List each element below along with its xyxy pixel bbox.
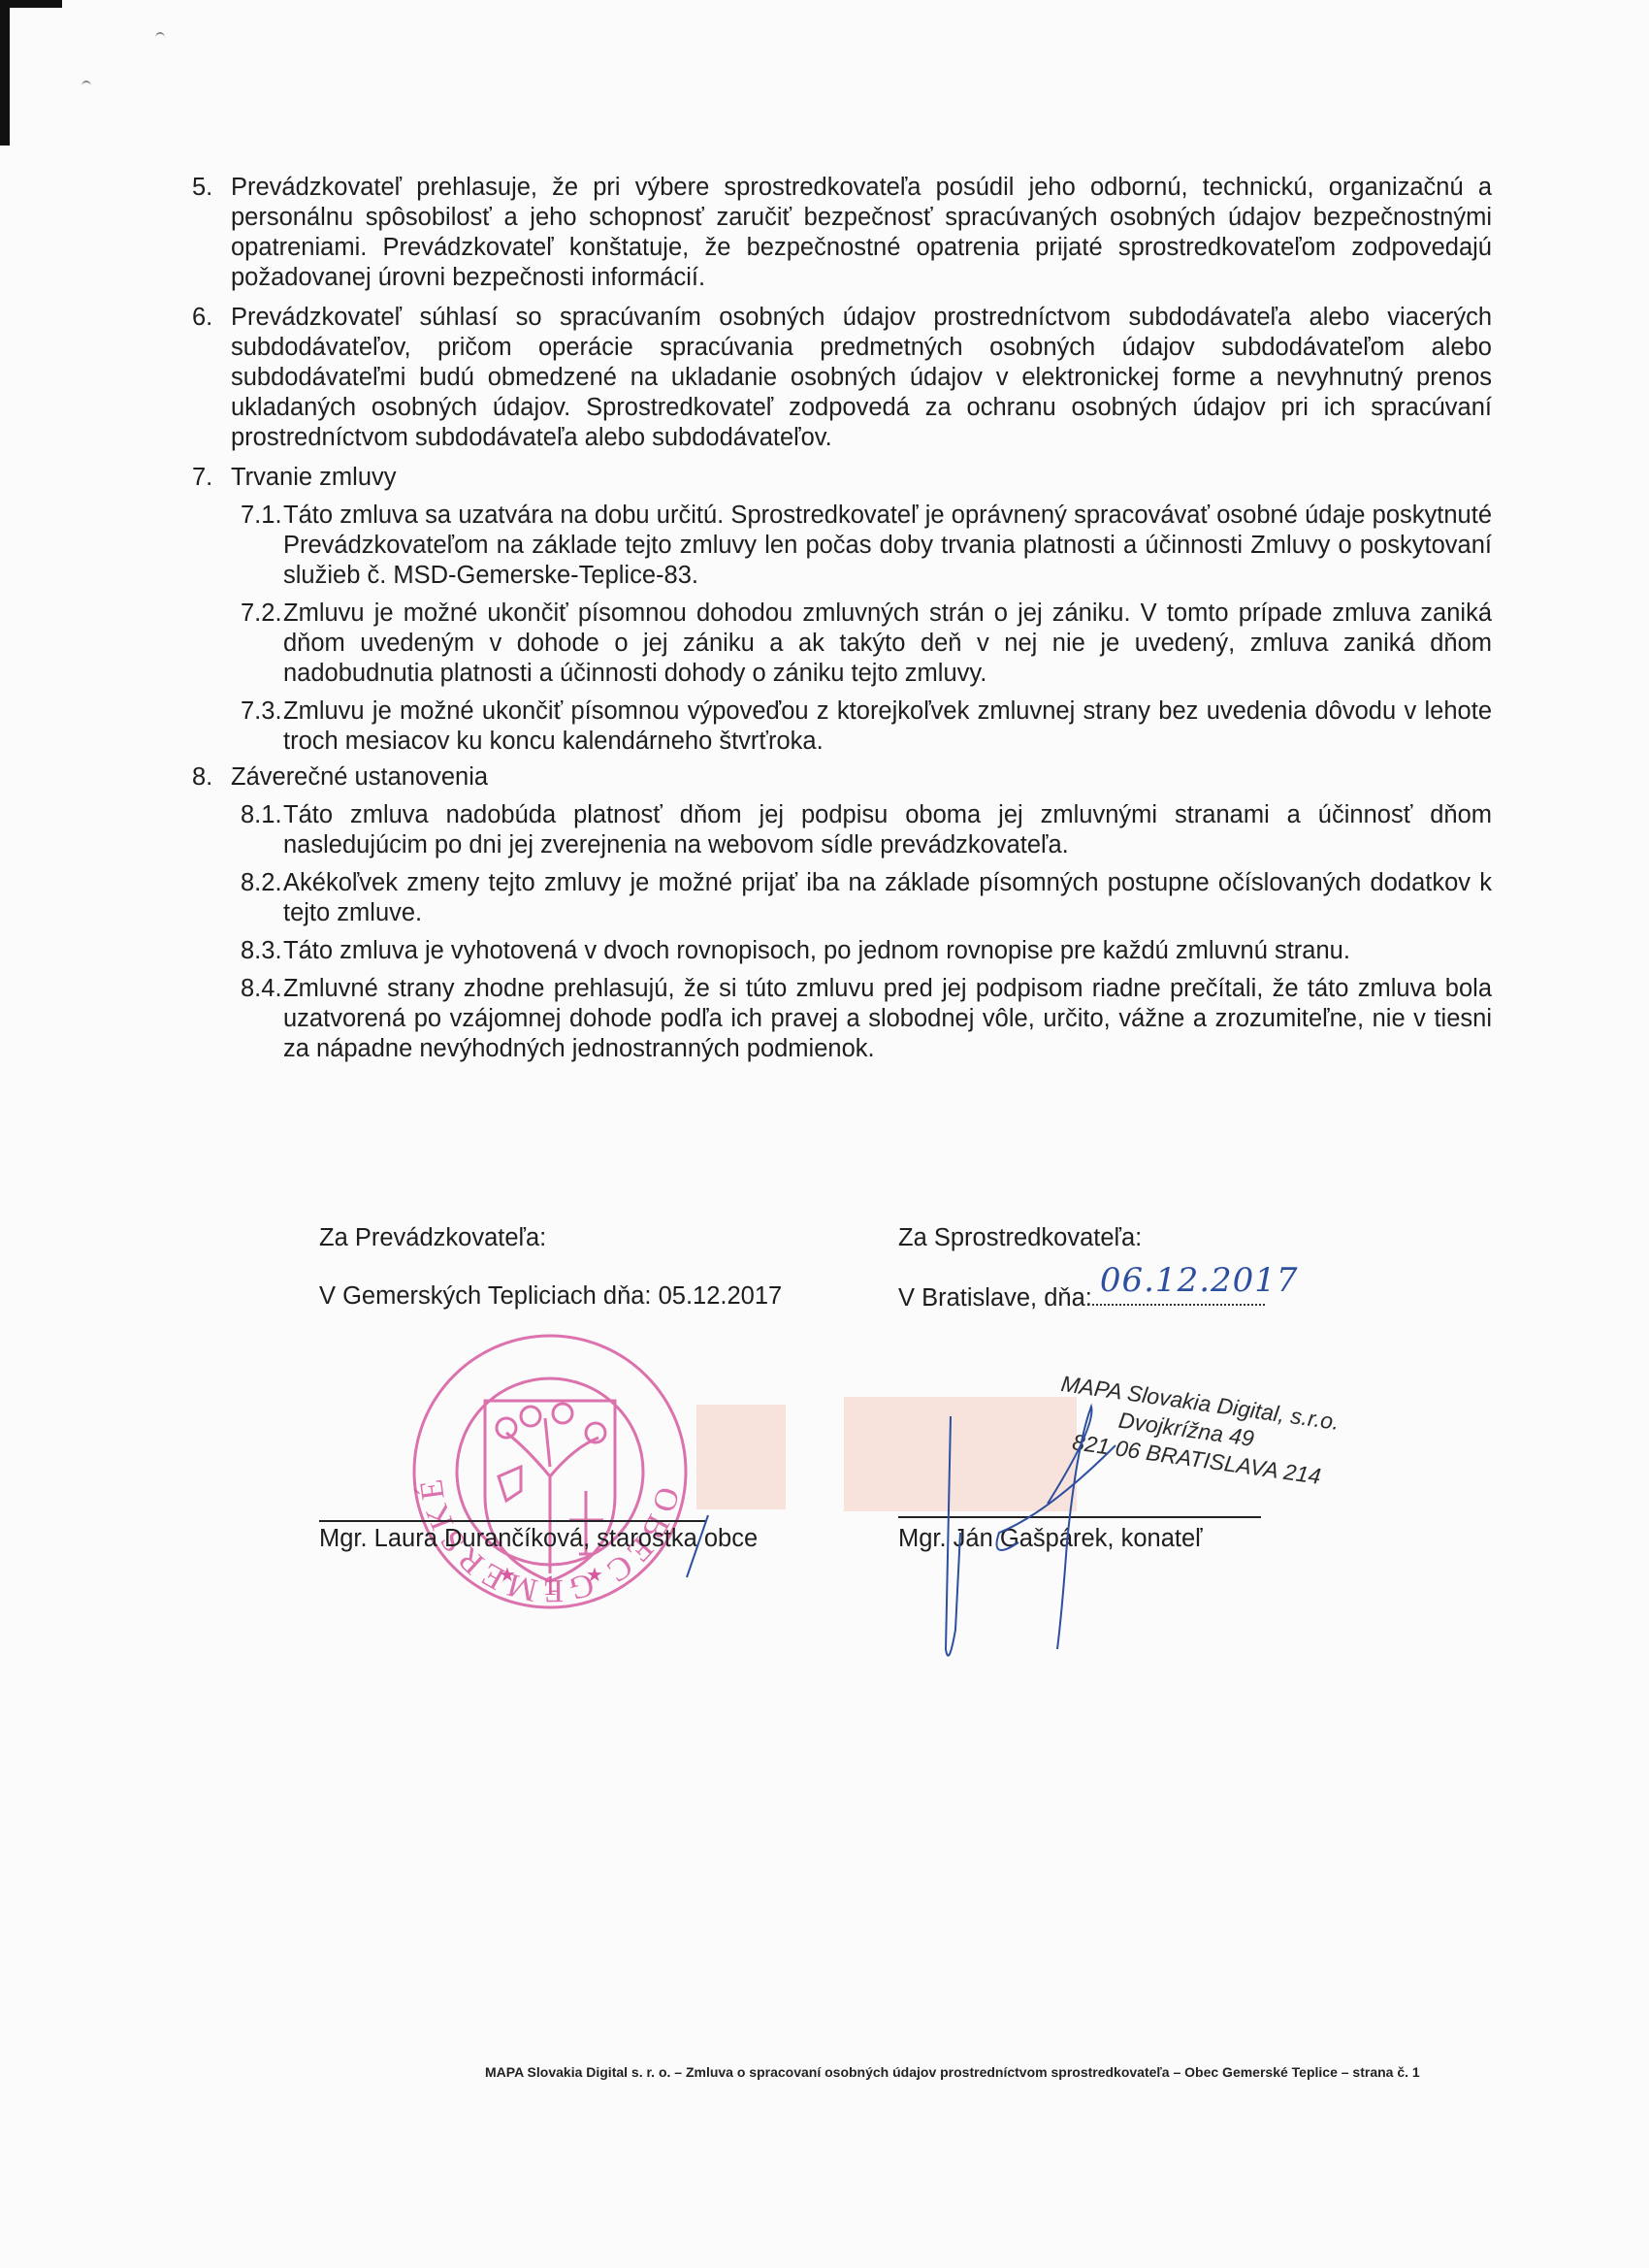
punch-mark [81,81,91,92]
scan-edge [0,0,10,146]
subsection-8-3: 8.3. Táto zmluva je vyhotovená v dvoch r… [192,936,1492,966]
section-title: Záverečné ustanovenia [231,763,488,791]
section-8-heading: 8. Záverečné ustanovenia [192,762,1492,793]
subsection-number: 7.2. [241,599,282,629]
redacted-signature [696,1405,786,1509]
processor-place-date: V Bratislave, dňa:06.12.2017 [898,1282,1265,1312]
subsection-7-3: 7.3. Zmluvu je možné ukončiť písomnou vý… [192,697,1492,757]
subsection-number: 7.1. [241,501,282,531]
scan-edge [0,0,62,8]
section-text: Prevádzkovateľ súhlasí so spracúvaním os… [231,304,1492,451]
subsection-8-2: 8.2. Akékoľvek zmeny tejto zmluvy je mož… [192,868,1492,928]
page-footer: MAPA Slovakia Digital s. r. o. – Zmluva … [485,2064,1420,2080]
subsection-number: 8.3. [241,936,282,966]
operator-party-label: Za Prevádzkovateľa: [319,1224,546,1252]
municipal-stamp-icon: OBEC GEMERSKÉ TEPLICE 1 ★ ★ [409,1331,691,1612]
subsection-text: Táto zmluva je vyhotovená v dvoch rovnop… [283,937,1350,964]
date-field: 06.12.2017 [1092,1282,1265,1306]
stamp-number: 1 [543,1570,558,1602]
section-title: Trvanie zmluvy [231,464,397,491]
subsection-text: Zmluvné strany zhodne prehlasujú, že si … [283,975,1492,1062]
section-number: 6. [192,303,212,333]
handwritten-signature-icon [931,1387,1183,1678]
pen-stroke-icon [679,1513,718,1581]
processor-place-label: V Bratislave, dňa: [898,1284,1092,1312]
operator-signature-line [319,1520,705,1522]
subsection-text: Táto zmluva nadobúda platnosť dňom jej p… [283,801,1492,859]
section-text: Prevádzkovateľ prehlasuje, že pri výbere… [231,174,1492,291]
subsection-text: Táto zmluva sa uzatvára na dobu určitú. … [283,502,1492,589]
subsection-7-1: 7.1. Táto zmluva sa uzatvára na dobu urč… [192,501,1492,591]
operator-place-date: V Gemerských Tepliciach dňa: 05.12.2017 [319,1282,782,1311]
section-number: 5. [192,173,212,203]
subsection-number: 8.1. [241,800,282,830]
subsection-8-4: 8.4. Zmluvné strany zhodne prehlasujú, ž… [192,974,1492,1064]
section-number: 8. [192,762,212,793]
section-5: 5. Prevádzkovateľ prehlasuje, že pri výb… [192,173,1492,293]
subsection-number: 8.2. [241,868,282,898]
subsection-7-2: 7.2. Zmluvu je možné ukončiť písomnou do… [192,599,1492,689]
subsection-text: Zmluvu je možné ukončiť písomnou výpoveď… [283,697,1492,755]
punch-mark [155,32,165,44]
subsection-number: 7.3. [241,697,282,727]
section-7-heading: 7. Trvanie zmluvy [192,463,1492,493]
handwritten-date: 06.12.2017 [1100,1261,1299,1300]
svg-text:★: ★ [586,1565,603,1586]
subsection-8-1: 8.1. Táto zmluva nadobúda platnosť dňom … [192,800,1492,860]
section-number: 7. [192,463,212,493]
subsection-number: 8.4. [241,974,282,1004]
processor-party-label: Za Sprostredkovateľa: [898,1224,1142,1252]
section-6: 6. Prevádzkovateľ súhlasí so spracúvaním… [192,303,1492,453]
subsection-text: Akékoľvek zmeny tejto zmluvy je možné pr… [283,869,1492,926]
contract-body: 5. Prevádzkovateľ prehlasuje, že pri výb… [192,173,1492,1064]
svg-text:★: ★ [499,1565,516,1586]
subsection-text: Zmluvu je možné ukončiť písomnou dohodou… [283,599,1492,687]
